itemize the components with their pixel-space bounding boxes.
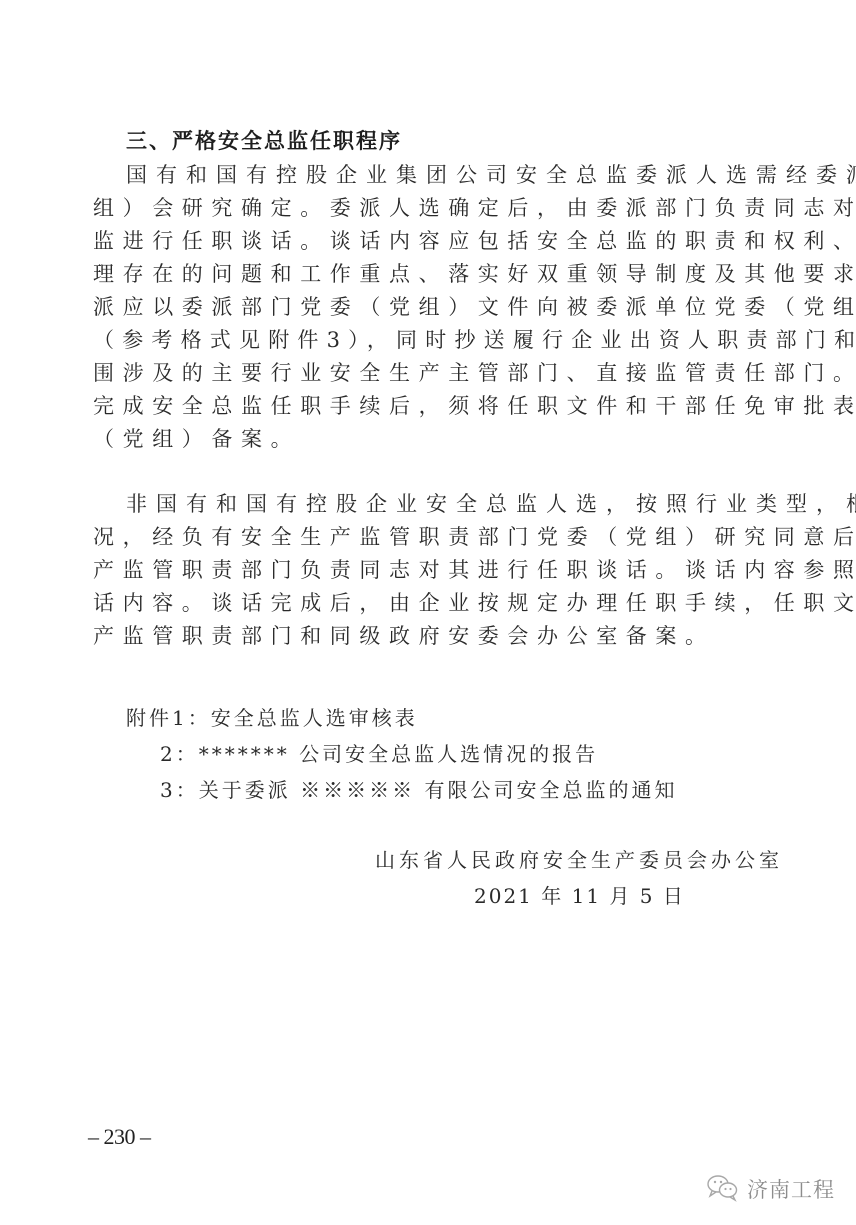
page-number: – 230 – bbox=[88, 1124, 151, 1150]
attachment-item: 3：关于委派 ※※※※※ 有限公司安全总监的通知 bbox=[160, 775, 677, 805]
watermark-text: 济南工程 bbox=[747, 1174, 835, 1204]
paragraph-line: 产监管职责部门和同级政府安委会办公室备案。 bbox=[93, 621, 755, 651]
paragraph-line: 派应以委派部门党委（党组）文件向被委派单位党委（党组）发送委派通知 bbox=[93, 292, 755, 322]
attachment-number: 3： bbox=[160, 778, 199, 802]
paragraph-line: 产监管职责部门负责同志对其进行任职谈话。谈话内容参照委派安全总监谈 bbox=[93, 555, 755, 585]
attachment-number: 2： bbox=[160, 742, 199, 766]
paragraph-line: 非国有和国有控股企业安全总监人选，按照行业类型，根据分级监管情 bbox=[126, 489, 788, 519]
attachment-item: 附件1：安全总监人选审核表 bbox=[126, 703, 418, 733]
section-heading: 三、严格安全总监任职程序 bbox=[126, 126, 788, 156]
paragraph-line: 理存在的问题和工作重点、落实好双重领导制度及其他要求等。安全总监委 bbox=[93, 259, 755, 289]
paragraph-line: （党组）备案。 bbox=[93, 424, 755, 454]
paragraph-line: 话内容。谈话完成后，由企业按规定办理任职手续，任职文件报负有安全生 bbox=[93, 588, 755, 618]
paragraph-line: （参考格式见附件3），同时抄送履行企业出资人职责部门和其主营业务范 bbox=[93, 325, 755, 355]
wechat-icon bbox=[705, 1172, 741, 1206]
issue-date: 2021 年 11 月 5 日 bbox=[474, 881, 685, 911]
issuing-organization: 山东省人民政府安全生产委员会办公室 bbox=[375, 845, 783, 875]
watermark: 济南工程 bbox=[705, 1172, 835, 1206]
paragraph-line: 组）会研究确定。委派人选确定后，由委派部门负责同志对新委派的安全总 bbox=[93, 193, 755, 223]
paragraph-line: 完成安全总监任职手续后，须将任职文件和干部任免审批表报委派部门党委 bbox=[93, 391, 755, 421]
attachment-item: 2：******* 公司安全总监人选情况的报告 bbox=[160, 739, 598, 769]
attachment-title: 关于委派 ※※※※※ 有限公司安全总监的通知 bbox=[199, 778, 678, 802]
attachment-label: 附件 bbox=[126, 706, 172, 730]
paragraph-line: 国有和国有控股企业集团公司安全总监委派人选需经委派部门党委（党 bbox=[126, 160, 788, 190]
paragraph-line: 围涉及的主要行业安全生产主管部门、直接监管责任部门。企业按规定办理 bbox=[93, 358, 755, 388]
attachment-title: 安全总监人选审核表 bbox=[211, 706, 418, 730]
attachment-title: ******* 公司安全总监人选情况的报告 bbox=[199, 742, 598, 766]
attachment-number: 1： bbox=[172, 706, 211, 730]
document-page: 三、严格安全总监任职程序 国有和国有控股企业集团公司安全总监委派人选需经委派部门… bbox=[0, 0, 856, 1225]
paragraph-line: 况，经负有安全生产监管职责部门党委（党组）研究同意后，由负有安全生 bbox=[93, 522, 755, 552]
paragraph-line: 监进行任职谈话。谈话内容应包括安全总监的职责和权利、所在企业安全管 bbox=[93, 226, 755, 256]
